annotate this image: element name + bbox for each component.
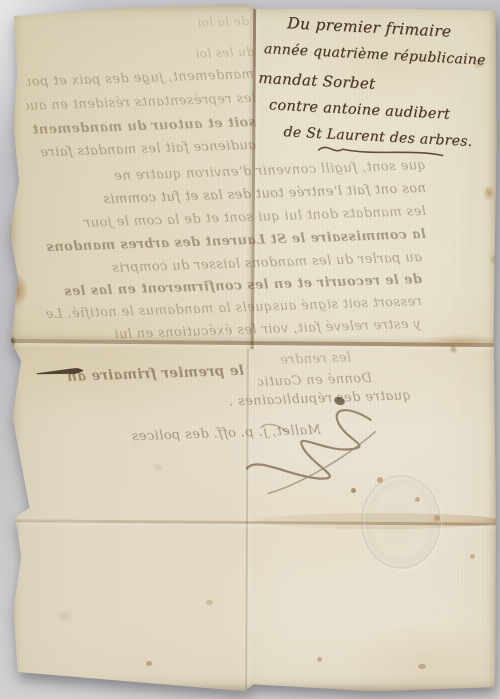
bleed-line: le premier frimaire an: [64, 363, 244, 385]
bleed-line: audience fait les mandats faire: [24, 138, 256, 161]
bleed-line: les rendre: [259, 350, 351, 368]
bleed-line: soit et autour du mandement: [30, 115, 256, 138]
bleed-line: les représentants résident en audience: [26, 91, 256, 114]
docket-line-year: année quatrième républicaine: [264, 41, 500, 69]
paper-shadow: de la loi du les loi mandement, juge des…: [0, 0, 500, 699]
bleed-line: mandement, juge des paix et pour: [26, 67, 254, 90]
bleed-line: y estre relevé fait, voir les éxécutions…: [61, 317, 421, 345]
letter-paper: de la loi du les loi mandement, juge des…: [6, 3, 497, 692]
docket-line-contre: contre antoine audibert: [269, 97, 498, 125]
docket-text-block: Du premier frimaire année quatrième répu…: [255, 13, 500, 165]
bleed-line: de la loi: [131, 14, 249, 32]
bleed-line: Donné en Cautions le: [258, 371, 372, 390]
signature-flourish: [237, 397, 387, 499]
bleed-line: du les loi: [124, 45, 254, 64]
photo-background: de la loi du les loi mandement, juge des…: [0, 0, 500, 699]
docket-line-mandat: mandat Sorbet: [258, 69, 499, 100]
